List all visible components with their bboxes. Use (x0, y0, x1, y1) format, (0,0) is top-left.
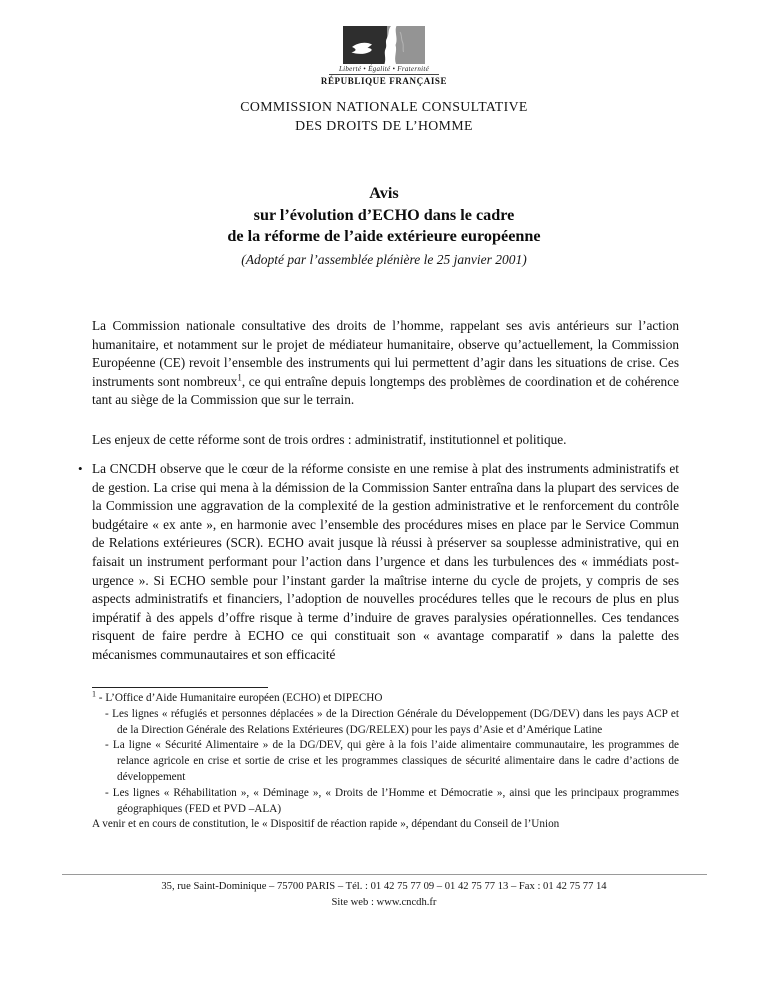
adoption-subtitle: (Adopté par l’assemblée plénière le 25 j… (0, 252, 768, 268)
bullet-text: La CNCDH observe que le cœur de la réfor… (92, 460, 679, 665)
footer-website: Site web : www.cncdh.fr (0, 895, 768, 911)
footnote-item-4: - Les lignes « Réhabilitation », « Démin… (92, 786, 679, 818)
bullet-icon: • (78, 460, 83, 479)
paragraph-intro: La Commission nationale consultative des… (92, 317, 679, 410)
logo-motto: Liberté • Égalité • Fraternité (321, 65, 447, 73)
footer-address: 35, rue Saint-Dominique – 75700 PARIS – … (0, 879, 768, 895)
footnote-separator (92, 687, 268, 688)
document-title: Avis sur l’évolution d’ECHO dans le cadr… (0, 183, 768, 248)
republique-francaise-logo: Liberté • Égalité • Fraternité RÉPUBLIQU… (0, 26, 768, 89)
org-heading-line1: COMMISSION NATIONALE CONSULTATIVE (0, 97, 768, 116)
page-footer: 35, rue Saint-Dominique – 75700 PARIS – … (0, 879, 768, 911)
logo-divider (329, 74, 439, 75)
footnote-item-3: - La ligne « Sécurité Alimentaire » de l… (92, 738, 679, 785)
title-line3: de la réforme de l’aide extérieure europ… (0, 226, 768, 248)
footnote-item-1-text: - L’Office d’Aide Humanitaire européen (… (96, 692, 382, 704)
paragraph-enjeux: Les enjeux de cette réforme sont de troi… (92, 431, 679, 450)
title-line1: Avis (0, 183, 768, 205)
document-page: Liberté • Égalité • Fraternité RÉPUBLIQU… (0, 0, 768, 994)
footnote-closing: A venir et en cours de constitution, le … (92, 817, 679, 833)
footnote-item-1: 1 - L’Office d’Aide Humanitaire européen… (92, 691, 679, 707)
footnote-block: 1 - L’Office d’Aide Humanitaire européen… (92, 691, 679, 833)
logo-republic-name: RÉPUBLIQUE FRANÇAISE (321, 76, 447, 86)
marianne-logo-icon (343, 26, 425, 64)
org-heading-line2: DES DROITS DE L’HOMME (0, 116, 768, 135)
footnote-item-2: - Les lignes « réfugiés et personnes dép… (92, 707, 679, 739)
org-heading: COMMISSION NATIONALE CONSULTATIVE DES DR… (0, 97, 768, 135)
footer-rule (62, 874, 707, 875)
bullet-item: • La CNCDH observe que le cœur de la réf… (92, 460, 679, 665)
title-line2: sur l’évolution d’ECHO dans le cadre (0, 205, 768, 227)
